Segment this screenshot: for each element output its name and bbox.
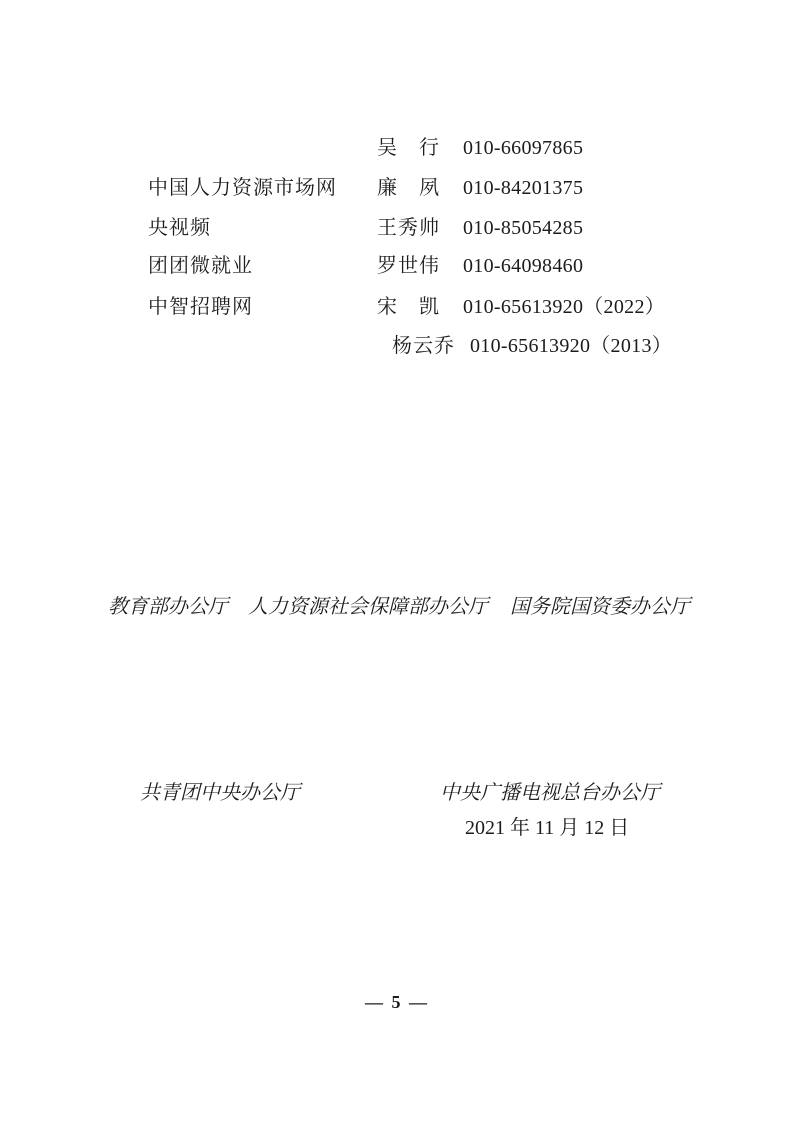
issuer-org: 中央广播电视总台办公厅 <box>440 779 660 807</box>
contact-person: 王秀帅 <box>377 214 440 242</box>
issuer-org: 国务院国资委办公厅 <box>510 593 690 621</box>
table-row: 团团微就业 罗世伟 010-64098460 <box>0 252 794 280</box>
contact-person: 廉 夙 <box>377 174 440 202</box>
table-row: 杨云乔 010-65613920（2013） <box>0 332 794 360</box>
contact-person: 杨云乔 <box>392 332 455 360</box>
table-row: 央视频 王秀帅 010-85054285 <box>0 214 794 242</box>
contact-person: 吴 行 <box>377 134 440 162</box>
contact-site: 中智招聘网 <box>148 293 253 321</box>
contact-phone: 010-64098460 <box>463 252 583 280</box>
table-row: 中智招聘网 宋 凯 010-65613920（2022） <box>0 293 794 321</box>
contact-site: 中国人力资源市场网 <box>148 174 337 202</box>
contact-site: 央视频 <box>148 214 211 242</box>
contact-phone: 010-65613920（2022） <box>463 293 665 321</box>
issuer-org: 共青团中央办公厅 <box>140 779 300 807</box>
issuer-org: 人力资源社会保障部办公厅 <box>248 593 488 621</box>
table-row: 吴 行 010-66097865 <box>0 134 794 162</box>
contact-person: 罗世伟 <box>377 252 440 280</box>
contact-phone: 010-66097865 <box>463 134 583 162</box>
signature-line: 共青团中央办公厅 中央广播电视总台办公厅 <box>0 779 794 807</box>
contact-phone: 010-84201375 <box>463 174 583 202</box>
document-date: 2021 年 11 月 12 日 <box>465 814 629 842</box>
issuer-org: 教育部办公厅 <box>108 593 228 621</box>
document-page: 吴 行 010-66097865 中国人力资源市场网 廉 夙 010-84201… <box>0 0 794 1123</box>
contact-site: 团团微就业 <box>148 252 253 280</box>
table-row: 中国人力资源市场网 廉 夙 010-84201375 <box>0 174 794 202</box>
contact-phone: 010-65613920（2013） <box>470 332 672 360</box>
page-number: — 5 — <box>0 988 794 1016</box>
joint-issuers-line: 教育部办公厅 人力资源社会保障部办公厅 国务院国资委办公厅 <box>0 593 794 621</box>
contact-person: 宋 凯 <box>377 293 440 321</box>
contact-phone: 010-85054285 <box>463 214 583 242</box>
